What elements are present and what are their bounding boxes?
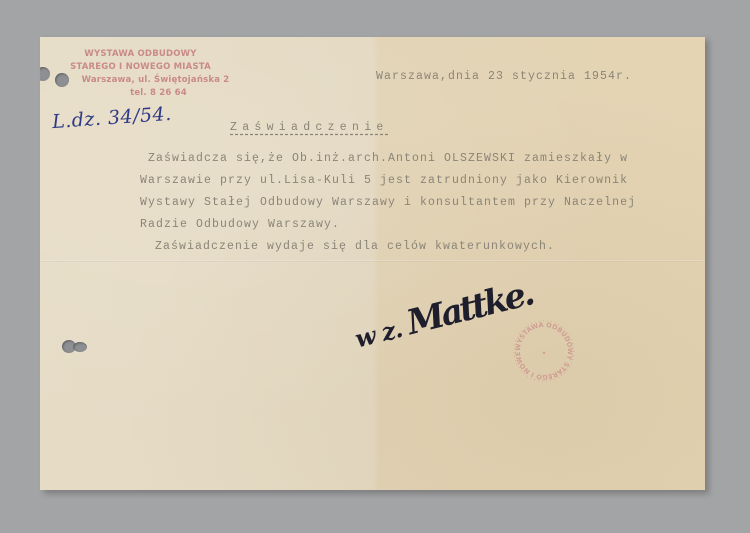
svg-text:✦: ✦: [541, 350, 546, 357]
punch-hole-middle-right: [73, 342, 87, 352]
body-line-1: Zaświadcza się,że Ob.inż.arch.Antoni OLS…: [148, 152, 628, 165]
document-title: Zaświadczenie: [230, 121, 389, 134]
body-line-3: Wystawy Stałej Odbudowy Warszawy i konsu…: [140, 196, 636, 209]
stamp-line-4: tel. 8 26 64: [48, 87, 233, 100]
document-paper: WYSTAWA ODBUDOWY STAREGO I NOWEGO MIASTA…: [40, 37, 705, 490]
stamp-line-2: STAREGO I NOWEGO MIASTA: [48, 61, 233, 74]
reference-number: L.dz. 34/54.: [51, 103, 172, 133]
body-line-4: Radzie Odbudowy Warszawy.: [140, 218, 340, 231]
body-line-5: Zaświadczenie wydaje się dla celów kwate…: [155, 240, 555, 253]
date-line: Warszawa,dnia 23 stycznia 1954r.: [376, 70, 632, 83]
letterhead-stamp: WYSTAWA ODBUDOWY STAREGO I NOWEGO MIASTA…: [48, 48, 233, 100]
stamp-line-3: Warszawa, ul. Świętojańska 2: [48, 74, 233, 87]
body-line-2: Warszawie przy ul.Lisa-Kuli 5 jest zatru…: [140, 174, 628, 187]
stamp-line-1: WYSTAWA ODBUDOWY: [48, 48, 233, 61]
signature-prefix: w z.: [352, 314, 405, 354]
fold-line: [40, 260, 705, 262]
round-stamp: WYSTAWA ODBUDOWY STAREGO I NOWEGO MIASTA…: [512, 319, 576, 383]
signature: w z. Mattke.: [350, 274, 536, 357]
signature-name: Mattke.: [403, 274, 536, 344]
